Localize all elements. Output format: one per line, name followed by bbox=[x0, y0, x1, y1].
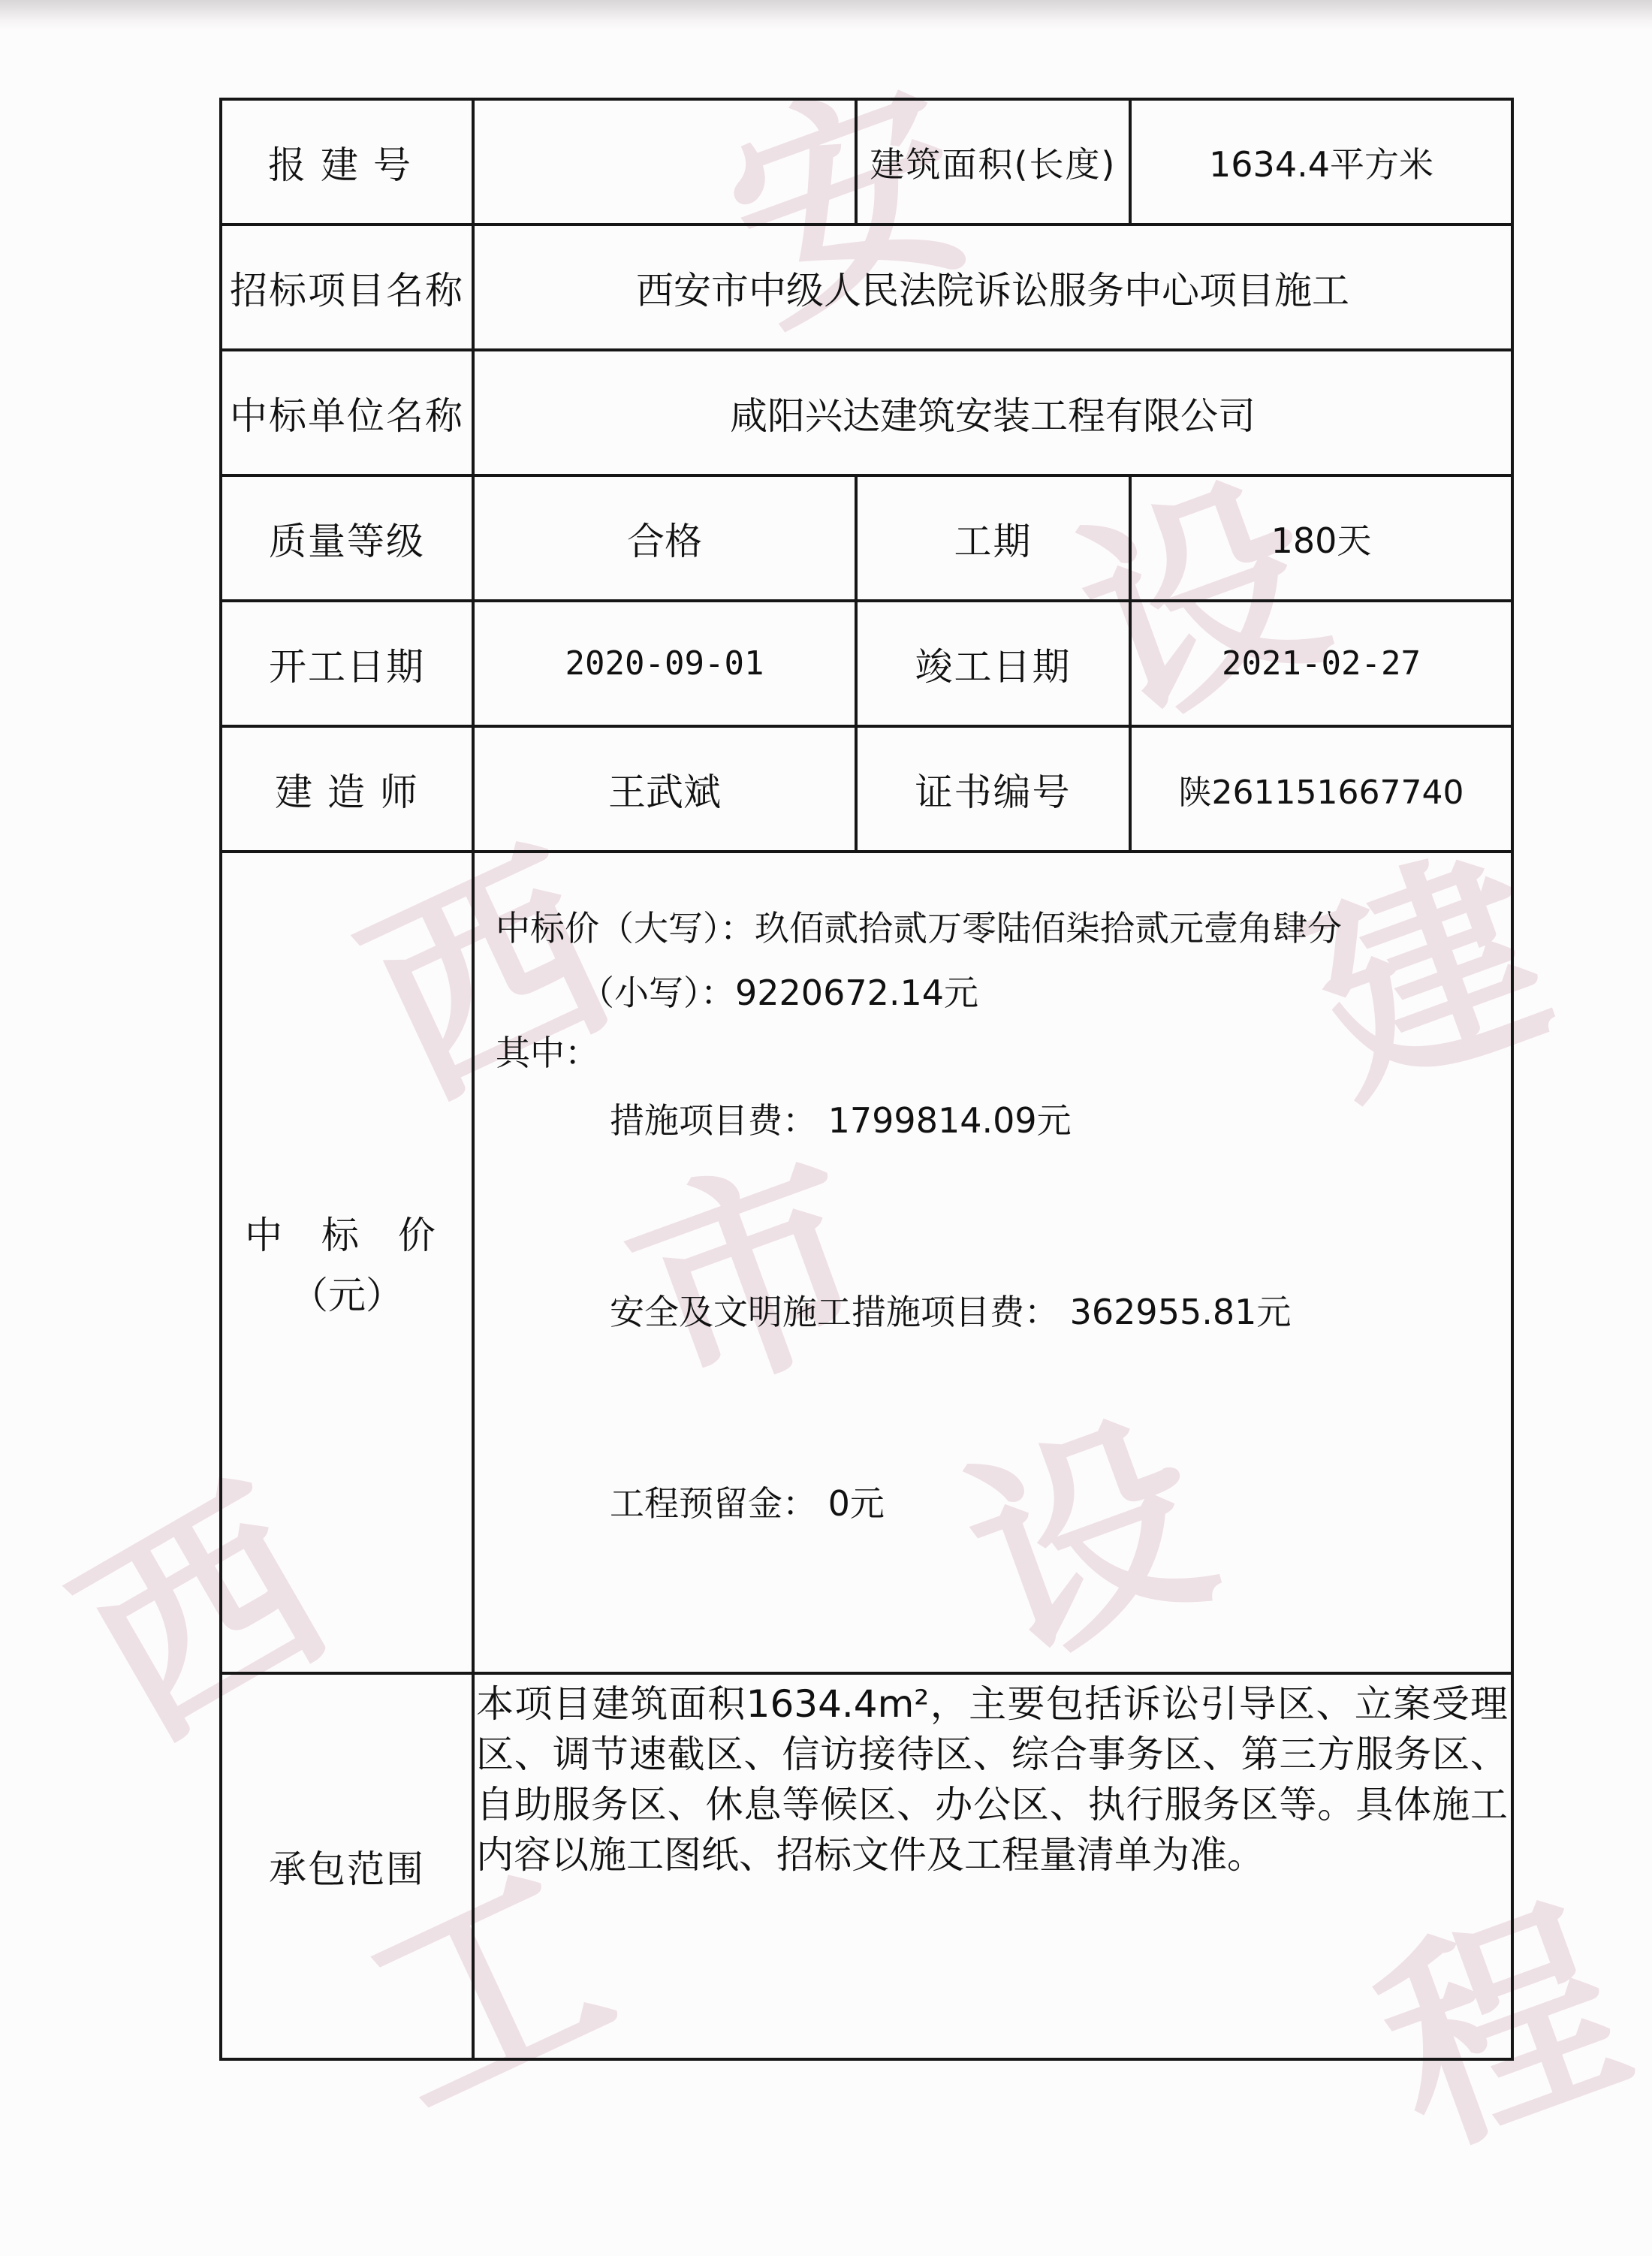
project-name-label: 招标项目名称 bbox=[221, 225, 473, 350]
bid-price-details: 中标价（大写）：玖佰贰拾贰万零陆佰柒拾贰元壹角肆分 （小写）：9220672.1… bbox=[473, 852, 1512, 1673]
start-date-value: 2020-09-01 bbox=[473, 601, 856, 726]
row-bid-price: 中 标 价 （元） 中标价（大写）：玖佰贰拾贰万零陆佰柒拾贰元壹角肆分 （小写）… bbox=[221, 852, 1512, 1673]
row-report-no: 报建号 建筑面积(长度) 1634.4平方米 bbox=[221, 99, 1512, 225]
building-area-value: 1634.4平方米 bbox=[1130, 99, 1512, 225]
completion-date-label: 竣工日期 bbox=[856, 601, 1130, 726]
project-name-value: 西安市中级人民法院诉讼服务中心项目施工 bbox=[473, 225, 1512, 350]
bid-price-lowercase: （小写）：9220672.14元 bbox=[580, 966, 978, 1015]
row-quality: 质量等级 合格 工期 180天 bbox=[221, 475, 1512, 601]
constructor-label: 建 造 师 bbox=[221, 726, 473, 852]
scan-edge bbox=[0, 0, 1652, 30]
of-which-label: 其中： bbox=[496, 1026, 599, 1075]
duration-value: 180天 bbox=[1130, 475, 1512, 601]
bid-price-unit-label: （元） bbox=[222, 1265, 472, 1320]
row-dates: 开工日期 2020-09-01 竣工日期 2021-02-27 bbox=[221, 601, 1512, 726]
report-no-value bbox=[473, 99, 856, 225]
scope-label: 承包范围 bbox=[221, 1673, 473, 2059]
winning-unit-value: 咸阳兴达建筑安装工程有限公司 bbox=[473, 350, 1512, 475]
row-scope: 承包范围 本项目建筑面积1634.4m²，主要包括诉讼引导区、立案受理区、调节速… bbox=[221, 1673, 1512, 2059]
completion-date-value: 2021-02-27 bbox=[1130, 601, 1512, 726]
scope-cell: 本项目建筑面积1634.4m²，主要包括诉讼引导区、立案受理区、调节速截区、信访… bbox=[473, 1673, 1512, 2059]
quality-grade-value: 合格 bbox=[473, 475, 856, 601]
bid-price-label-cell: 中 标 价 （元） bbox=[221, 852, 473, 1673]
safety-fee: 安全及文明施工措施项目费： 362955.81元 bbox=[610, 1285, 1291, 1335]
scope-text: 本项目建筑面积1634.4m²，主要包括诉讼引导区、立案受理区、调节速截区、信访… bbox=[475, 1675, 1511, 1881]
report-no-label: 报建号 bbox=[221, 99, 473, 225]
bid-price-label: 中 标 价 bbox=[222, 1205, 472, 1265]
bid-award-table: 报建号 建筑面积(长度) 1634.4平方米 招标项目名称 西安市中级人民法院诉… bbox=[219, 98, 1514, 2061]
duration-label: 工期 bbox=[856, 475, 1130, 601]
building-area-label: 建筑面积(长度) bbox=[856, 99, 1130, 225]
row-winning-unit: 中标单位名称 咸阳兴达建筑安装工程有限公司 bbox=[221, 350, 1512, 475]
winning-unit-label: 中标单位名称 bbox=[221, 350, 473, 475]
measures-fee: 措施项目费： 1799814.09元 bbox=[610, 1093, 1072, 1143]
row-project-name: 招标项目名称 西安市中级人民法院诉讼服务中心项目施工 bbox=[221, 225, 1512, 350]
row-constructor: 建 造 师 王武斌 证书编号 陕261151667740 bbox=[221, 726, 1512, 852]
quality-grade-label: 质量等级 bbox=[221, 475, 473, 601]
certificate-no-value: 陕261151667740 bbox=[1130, 726, 1512, 852]
retention-fee: 工程预留金： 0元 bbox=[610, 1476, 885, 1526]
bid-price-uppercase: 中标价（大写）：玖佰贰拾贰万零陆佰柒拾贰元壹角肆分 bbox=[496, 901, 1342, 951]
constructor-value: 王武斌 bbox=[473, 726, 856, 852]
start-date-label: 开工日期 bbox=[221, 601, 473, 726]
certificate-no-label: 证书编号 bbox=[856, 726, 1130, 852]
